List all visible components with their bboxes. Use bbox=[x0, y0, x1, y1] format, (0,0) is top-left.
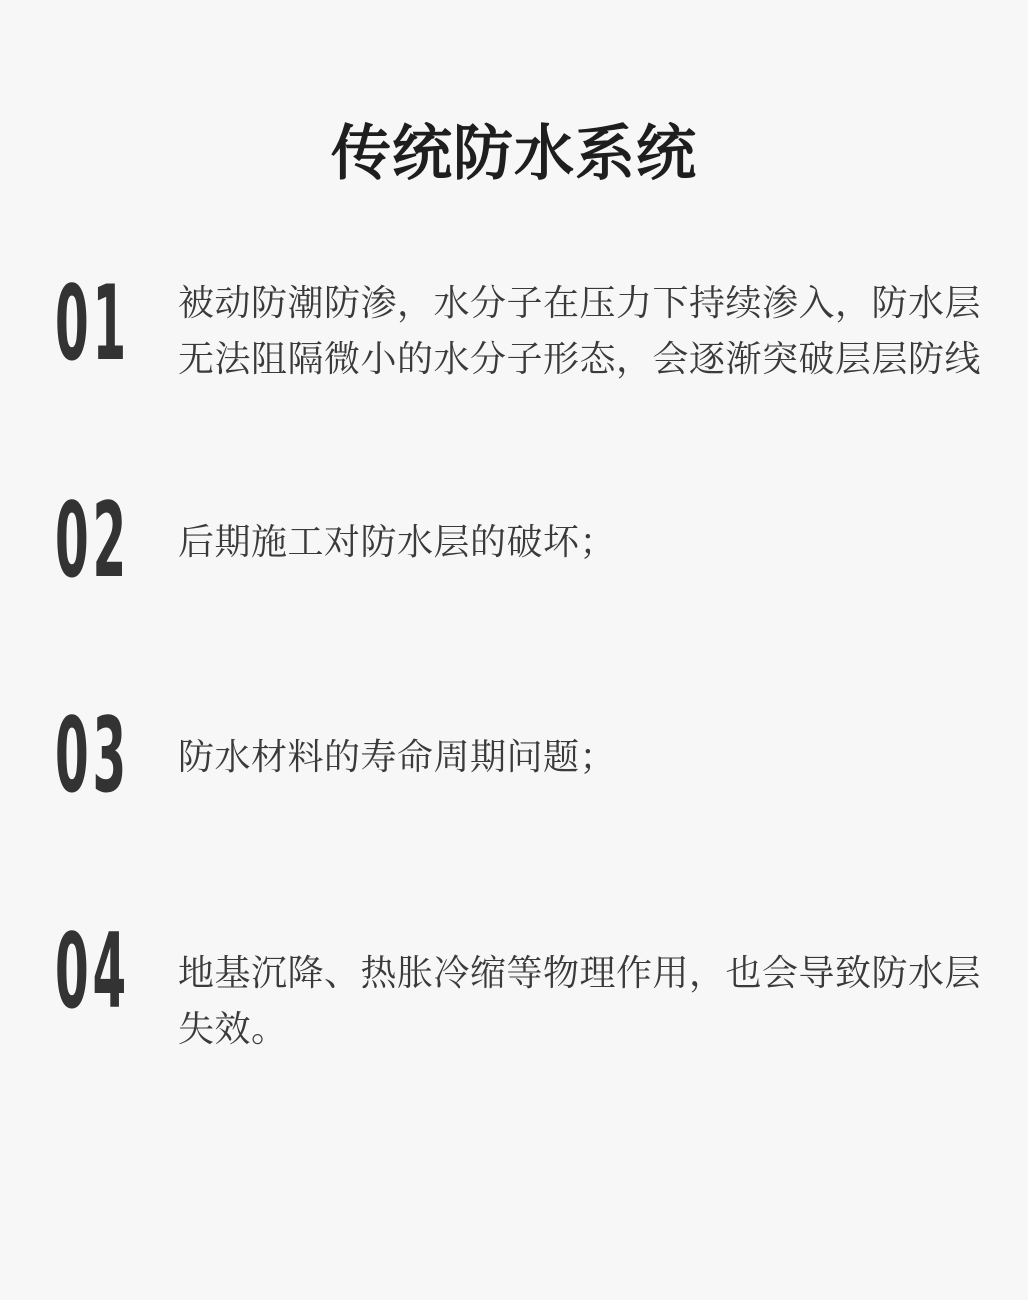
item-text: 被动防潮防渗，水分子在压力下持续渗入，防水层无法阻隔微小的水分子形态，会逐渐突破… bbox=[178, 275, 990, 387]
item-number: 03 bbox=[55, 719, 113, 794]
item-number: 01 bbox=[55, 287, 113, 362]
item-number: 04 bbox=[55, 935, 113, 1010]
list-item: 03 防水材料的寿命周期问题； bbox=[55, 719, 1028, 794]
list-item: 02 后期施工对防水层的破坏； bbox=[55, 504, 1028, 579]
title-section: 传统防水系统 bbox=[0, 0, 1028, 190]
item-number-box: 04 bbox=[55, 935, 178, 1010]
list-item: 01 被动防潮防渗，水分子在压力下持续渗入，防水层无法阻隔微小的水分子形态，会逐… bbox=[55, 275, 1028, 387]
list-item: 04 地基沉降、热胀冷缩等物理作用，也会导致防水层失效。 bbox=[55, 935, 1028, 1057]
item-number-box: 01 bbox=[55, 275, 178, 362]
item-text: 防水材料的寿命周期问题； bbox=[178, 729, 990, 785]
infographic-page: 传统防水系统 01 被动防潮防渗，水分子在压力下持续渗入，防水层无法阻隔微小的水… bbox=[0, 0, 1028, 1300]
item-text: 后期施工对防水层的破坏； bbox=[178, 514, 990, 570]
item-number-box: 02 bbox=[55, 504, 178, 579]
item-text: 地基沉降、热胀冷缩等物理作用，也会导致防水层失效。 bbox=[178, 945, 990, 1057]
item-number-box: 03 bbox=[55, 719, 178, 794]
page-title: 传统防水系统 bbox=[0, 118, 1028, 190]
item-number: 02 bbox=[55, 504, 113, 579]
